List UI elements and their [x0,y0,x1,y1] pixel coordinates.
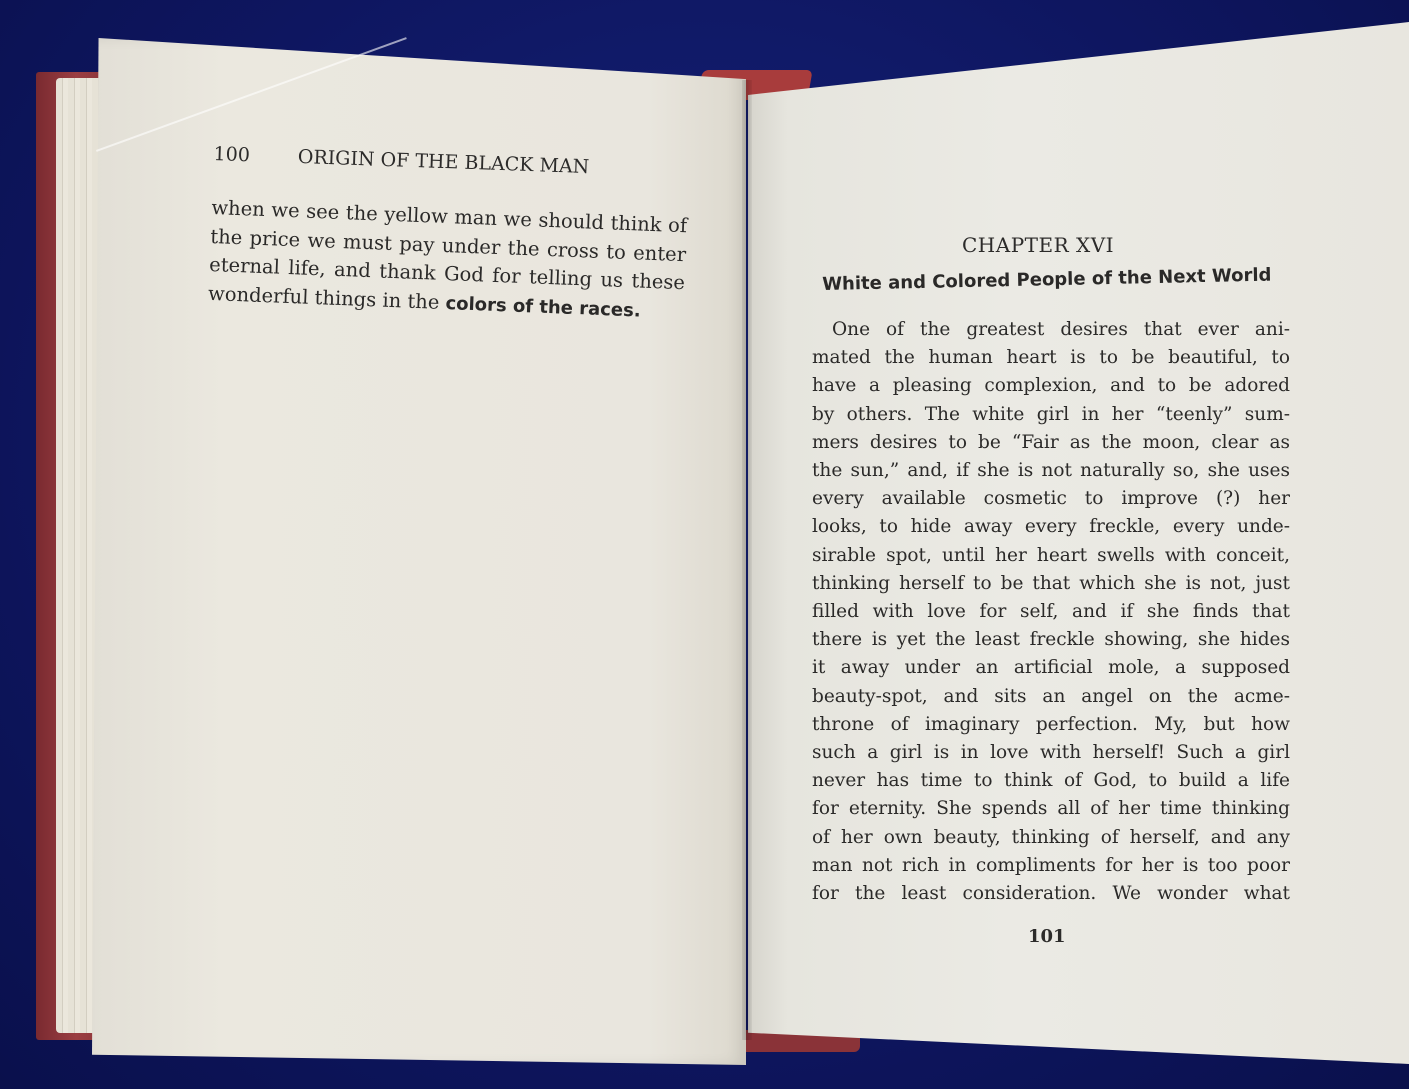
text-line: beauty-spot, and sits an angel on the ac… [812,683,1290,711]
text-line: sirable spot, until her heart swells wit… [812,542,1290,570]
text-line: thinking herself to be that which she is… [812,570,1290,598]
text-line: mers desires to be “Fair as the moon, cl… [812,429,1290,457]
text-line: mated the human heart is to be beautiful… [812,344,1290,372]
book-gutter [742,80,752,1040]
text-line: filled with love for self, and if she fi… [812,598,1290,626]
left-page [92,38,746,1065]
text-line: the sun,” and, if she is not naturally s… [812,457,1290,485]
text-line-bold: colors of the races. [445,293,641,321]
text-line: every available cosmetic to improve (?) … [812,485,1290,513]
text-line: such a girl is in love with herself! Suc… [812,739,1290,767]
text-line: of her own beauty, thinking of herself, … [812,824,1290,852]
text-line: never has time to think of God, to build… [812,767,1290,795]
text-line: have a pleasing complexion, and to be ad… [812,372,1290,400]
text-line: there is yet the least freckle showing, … [812,626,1290,654]
text-line: by others. The white girl in her “teenly… [812,401,1290,429]
right-page-text: One of the greatest desires that ever an… [812,316,1290,908]
text-line: throne of imaginary perfection. My, but … [812,711,1290,739]
left-page-text: when we see the yellow man we should thi… [208,194,688,327]
chapter-heading: CHAPTER XVI [962,233,1114,257]
text-line: for the least consideration. We wonder w… [812,880,1290,908]
text-line: it away under an artificial mole, a supp… [812,654,1290,682]
right-page-number: 101 [1028,926,1066,947]
text-line: for eternity. She spends all of her time… [812,795,1290,823]
left-page-number: 100 [213,143,250,166]
text-line: man not rich in compliments for her is t… [812,852,1290,880]
text-line: One of the greatest desires that ever an… [812,316,1290,344]
text-line: looks, to hide away every freckle, every… [812,513,1290,541]
